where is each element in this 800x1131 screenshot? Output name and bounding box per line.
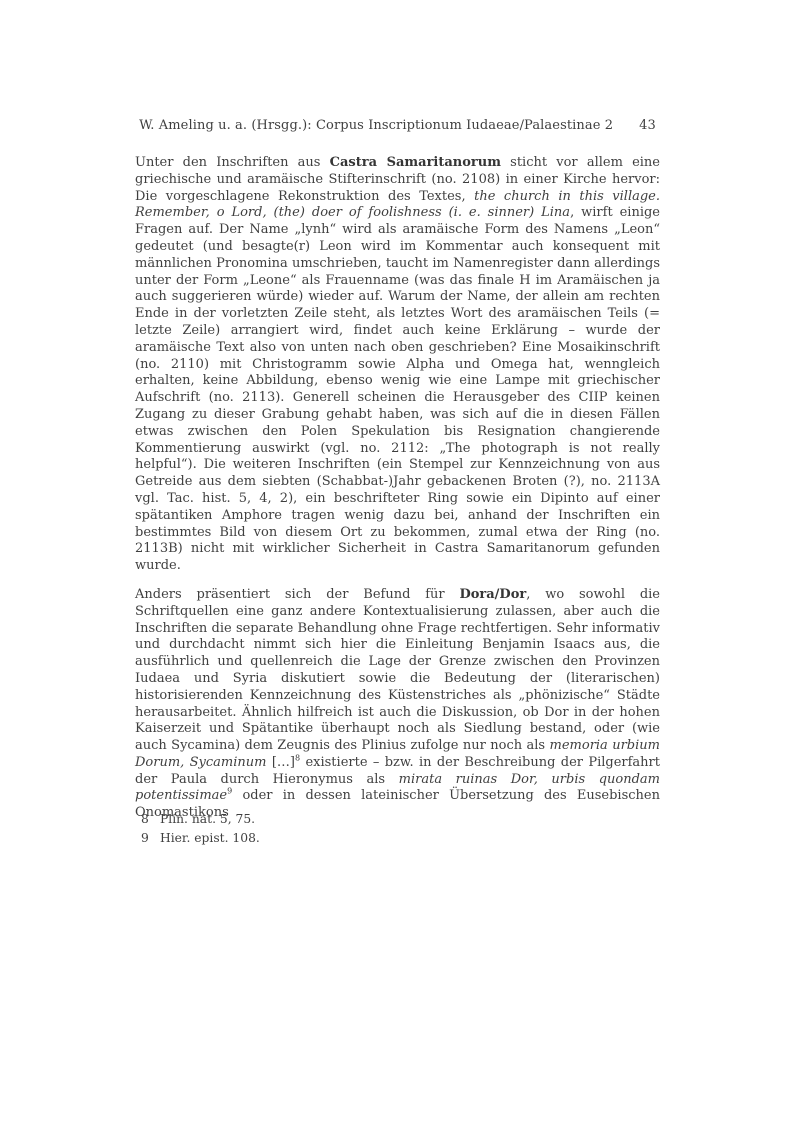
review-body: Unter den Inschriften aus Castra Samarit… <box>135 155 660 834</box>
paragraph-castra-samaritanorum: Unter den Inschriften aus Castra Samarit… <box>135 155 660 575</box>
paragraph-dora-dor: Anders präsentiert sich der Befund für D… <box>135 587 660 822</box>
running-header: W. Ameling u. a. (Hrsgg.): Corpus Inscri… <box>135 118 660 133</box>
document-page: W. Ameling u. a. (Hrsgg.): Corpus Inscri… <box>0 0 800 1131</box>
footnote: 8 Plin. nat. 5, 75. <box>141 810 660 829</box>
footnote-number: 9 <box>141 829 151 848</box>
running-header-title: W. Ameling u. a. (Hrsgg.): Corpus Inscri… <box>139 118 613 133</box>
footnote-text: Hier. epist. 108. <box>160 829 260 848</box>
footnote-number: 8 <box>141 810 151 829</box>
page-number: 43 <box>639 118 656 133</box>
footnotes: 8 Plin. nat. 5, 75. 9 Hier. epist. 108. <box>141 810 660 847</box>
footnote-text: Plin. nat. 5, 75. <box>160 810 255 829</box>
footnote: 9 Hier. epist. 108. <box>141 829 660 848</box>
